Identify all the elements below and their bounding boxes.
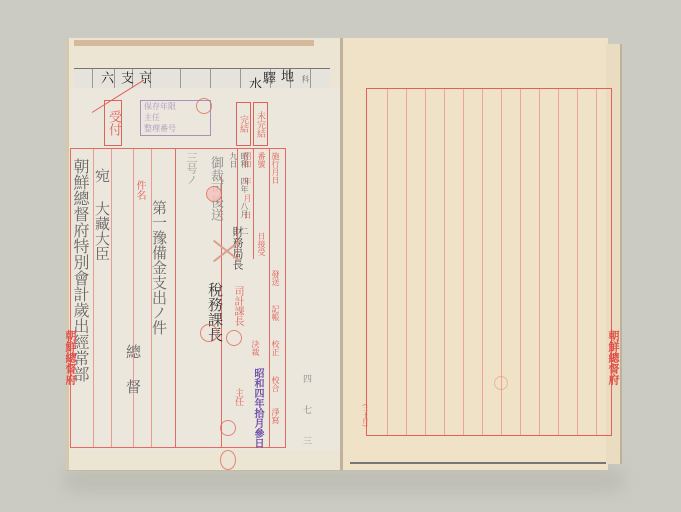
received-stamp: 受付 bbox=[104, 100, 122, 146]
box-label: 校正 bbox=[270, 340, 281, 356]
side-note: 三号ノ bbox=[182, 152, 200, 185]
faint-seal bbox=[494, 376, 508, 390]
box-label: 校合 bbox=[270, 376, 281, 392]
subject-text: 第一豫備金支出ノ件 bbox=[150, 200, 168, 360]
accounting-section: 司計課長 bbox=[230, 286, 245, 326]
box-label: 決裁 bbox=[250, 340, 261, 356]
red-seal bbox=[196, 98, 212, 114]
left-page-worn-edge bbox=[74, 40, 314, 46]
book-shadow bbox=[64, 468, 624, 492]
completed-box: 完結 bbox=[236, 102, 251, 146]
footer-mark: (二十行) bbox=[360, 404, 369, 427]
sender-text: 朝鮮總督府特別會計歲出經常部 bbox=[70, 158, 90, 438]
date-field-filled: 昭和 四年 八月 二九日 bbox=[228, 152, 250, 242]
bottom-edge-line bbox=[350, 462, 606, 464]
subject-label: 件名 bbox=[132, 180, 147, 200]
margin-number: 四 七 三 bbox=[300, 374, 313, 451]
grid-char: 六 bbox=[98, 71, 112, 84]
ruled-ledger bbox=[366, 88, 612, 436]
registry-field: 整理番号 bbox=[144, 123, 210, 134]
execution-date-label: 施行月日 bbox=[270, 152, 281, 184]
signature-text: 總督 bbox=[124, 344, 142, 424]
grid-char: 科 bbox=[298, 75, 312, 83]
box-label: 記帳 bbox=[270, 305, 281, 321]
addressee-text: 宛 大藏大臣 bbox=[93, 168, 111, 308]
box-label: 主任 bbox=[232, 388, 245, 406]
red-seal bbox=[220, 420, 236, 436]
red-seal bbox=[220, 450, 236, 470]
book-spine bbox=[340, 38, 343, 470]
margin-tab-text: 朝鮮總督府 bbox=[62, 330, 78, 385]
received-label: 日接受 bbox=[256, 232, 267, 256]
grid-char: 地 bbox=[278, 69, 292, 82]
grid-char: 支 bbox=[118, 71, 132, 84]
box-label: 發送 bbox=[270, 270, 281, 286]
red-seal bbox=[206, 186, 222, 202]
decision-date-stamp: 昭和四年拾月參日 bbox=[251, 368, 263, 448]
grid-char: 驛 bbox=[260, 71, 274, 84]
red-seal bbox=[200, 324, 218, 342]
red-seal bbox=[226, 330, 242, 346]
box-label: 淨寫 bbox=[270, 408, 281, 424]
edge-tab-text: 朝鮮總督府 bbox=[605, 330, 621, 385]
incomplete-box: 未完結 bbox=[253, 102, 268, 146]
number-label: 番號 bbox=[256, 152, 267, 168]
registry-field: 主任 bbox=[144, 112, 210, 123]
